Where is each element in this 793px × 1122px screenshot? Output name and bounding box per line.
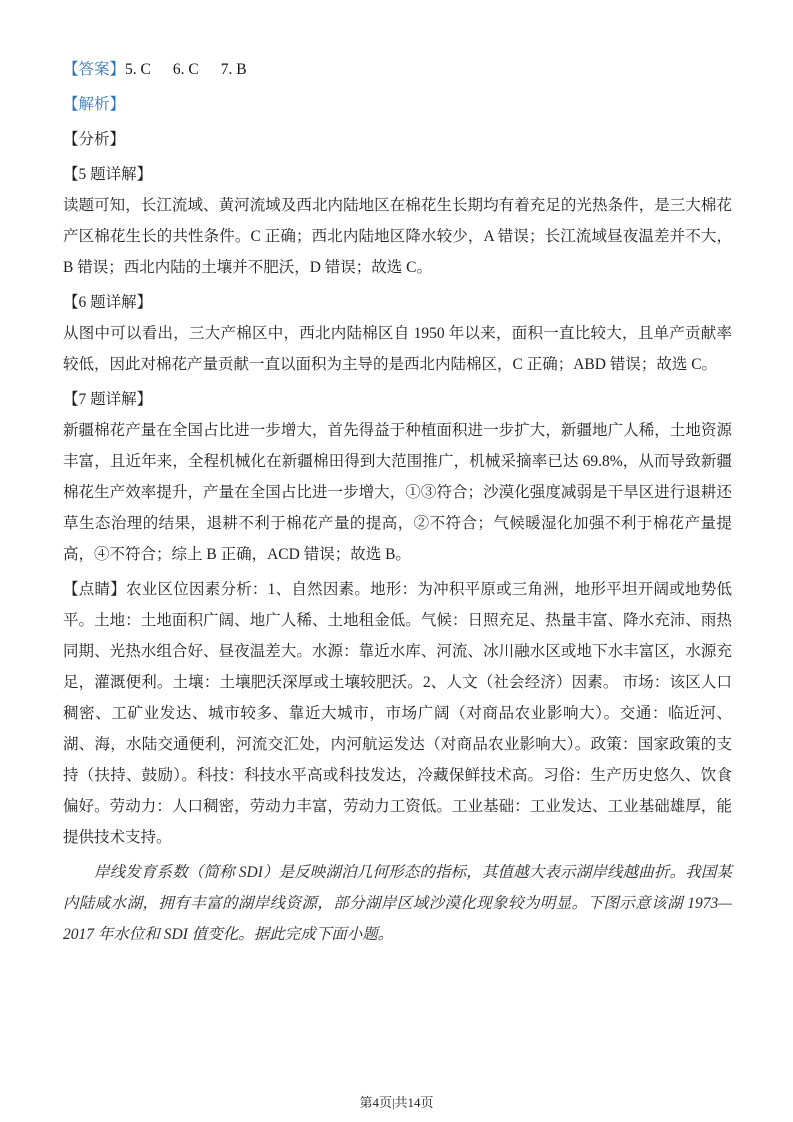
answer-q6: 6. C [173, 61, 199, 78]
answer-q5: 5. C [125, 61, 151, 78]
overview-tag: 【分析】 [63, 131, 125, 148]
explanation-7-heading: 【7 题详解】 [63, 384, 732, 415]
explanation-7-body: 新疆棉花产量在全国占比进一步增大，首先得益于种植面积进一步扩大，新疆地广人稀，土… [63, 415, 732, 570]
answer-q7: 7. B [221, 61, 247, 78]
explanation-5-body: 读题可知，长江流域、黄河流域及西北内陆地区在棉花生长期均有着充足的光热条件，是三… [63, 190, 732, 283]
explanation-5-heading: 【5 题详解】 [63, 159, 732, 190]
analysis-tag-line: 【解析】 [63, 89, 732, 120]
answer-line: 【答案】5. C6. C7. B [63, 54, 732, 85]
tips-paragraph: 【点睛】农业区位因素分析：1、自然因素。地形：为冲积平原或三角洲，地形平坦开阔或… [63, 574, 732, 853]
overview-tag-line: 【分析】 [63, 124, 732, 155]
explanation-6-body: 从图中可以看出，三大产棉区中，西北内陆棉区自 1950 年以来，面积一直比较大，… [63, 318, 732, 380]
page-content: 【答案】5. C6. C7. B 【解析】 【分析】 【5 题详解】 读题可知，… [63, 54, 732, 954]
document-page: 【答案】5. C6. C7. B 【解析】 【分析】 【5 题详解】 读题可知，… [0, 0, 793, 1122]
analysis-tag: 【解析】 [63, 96, 125, 113]
page-footer: 第4页|共14页 [0, 1092, 793, 1111]
next-question-intro: 岸线发育系数（简称 SDI）是反映湖泊几何形态的指标，其值越大表示湖岸线越曲折。… [63, 857, 732, 950]
tips-tag: 【点睛】 [63, 581, 126, 598]
tips-body: 农业区位因素分析：1、自然因素。地形：为冲积平原或三角洲，地形平坦开阔或地势低平… [63, 581, 732, 846]
explanation-6-heading: 【6 题详解】 [63, 287, 732, 318]
answer-tag: 【答案】 [63, 61, 125, 78]
